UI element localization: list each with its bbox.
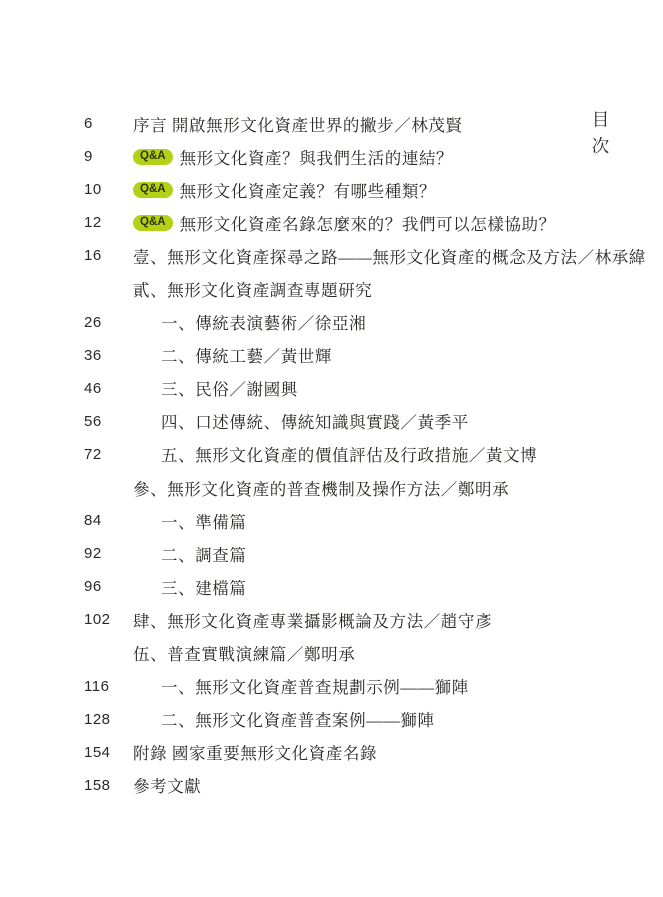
toc-entry: 二、無形文化資產普查案例——獅陣	[133, 707, 435, 731]
toc-list: 6序言 開啟無形文化資產世界的撇步／林茂賢9Q&A無形文化資產？與我們生活的連結…	[84, 107, 604, 802]
toc-row: 72五、無形文化資產的價值評估及行政措施／黃文博	[84, 438, 604, 471]
toc-row: 36二、傳統工藝／黃世輝	[84, 339, 604, 372]
toc-page-number: 92	[84, 545, 133, 562]
toc-entry: 貳、無形文化資產調查專題研究	[133, 277, 372, 301]
toc-entry: Q&A無形文化資產名錄怎麼來的？我們可以怎樣協助？	[133, 211, 556, 235]
toc-entry: 伍、普查實戰演練篇／鄭明承	[133, 641, 355, 665]
toc-title: 伍、普查實戰演練篇／鄭明承	[133, 641, 355, 665]
toc-title: 四、口述傳統、傳統知識與實踐／黃季平	[161, 409, 469, 433]
toc-page-number: 16	[84, 247, 133, 264]
toc-entry: 一、無形文化資產普查規劃示例——獅陣	[133, 674, 469, 698]
qa-badge: Q&A	[133, 215, 173, 231]
toc-page-number: 36	[84, 347, 133, 364]
toc-page-number: 46	[84, 380, 133, 397]
toc-page-number: 10	[84, 181, 133, 198]
toc-page-number: 154	[84, 744, 133, 761]
toc-entry: 參、無形文化資產的普查機制及操作方法／鄭明承	[133, 476, 509, 500]
toc-title: 無形文化資產？與我們生活的連結？	[180, 145, 454, 169]
toc-title: 參、無形文化資產的普查機制及操作方法／鄭明承	[133, 476, 509, 500]
toc-entry: 參考文獻	[133, 773, 201, 797]
toc-row: 9Q&A無形文化資產？與我們生活的連結？	[84, 140, 604, 173]
toc-page-number: 128	[84, 711, 133, 728]
toc-title: 三、民俗／謝國興	[161, 376, 298, 400]
toc-entry: 二、調查篇	[133, 542, 247, 566]
toc-entry: 肆、無形文化資產專業攝影概論及方法／趙守彥	[133, 608, 492, 632]
toc-title: 附錄 國家重要無形文化資產名錄	[133, 740, 377, 764]
toc-title: 三、建檔篇	[161, 575, 247, 599]
toc-row: 16壹、無形文化資產探尋之路——無形文化資產的概念及方法／林承緯	[84, 239, 604, 272]
book-toc-page: 目次 6序言 開啟無形文化資產世界的撇步／林茂賢9Q&A無形文化資產？與我們生活…	[0, 0, 663, 897]
toc-row: 128二、無形文化資產普查案例——獅陣	[84, 703, 604, 736]
toc-row: 伍、普查實戰演練篇／鄭明承	[84, 637, 604, 670]
toc-row: 參、無形文化資產的普查機制及操作方法／鄭明承	[84, 471, 604, 504]
toc-entry: Q&A無形文化資產？與我們生活的連結？	[133, 145, 453, 169]
toc-row: 26一、傳統表演藝術／徐亞湘	[84, 306, 604, 339]
toc-title: 二、無形文化資產普查案例——獅陣	[161, 707, 435, 731]
toc-page-number: 12	[84, 214, 133, 231]
toc-entry: 四、口述傳統、傳統知識與實踐／黃季平	[133, 409, 469, 433]
toc-entry: 序言 開啟無形文化資產世界的撇步／林茂賢	[133, 112, 463, 136]
toc-row: 84一、準備篇	[84, 504, 604, 537]
qa-badge: Q&A	[133, 149, 173, 165]
toc-entry: 三、民俗／謝國興	[133, 376, 298, 400]
toc-title: 貳、無形文化資產調查專題研究	[133, 277, 372, 301]
toc-entry: 一、傳統表演藝術／徐亞湘	[133, 310, 366, 334]
toc-title: 肆、無形文化資產專業攝影概論及方法／趙守彥	[133, 608, 492, 632]
qa-badge: Q&A	[133, 182, 173, 198]
toc-row: 116一、無形文化資產普查規劃示例——獅陣	[84, 670, 604, 703]
toc-row: 92二、調查篇	[84, 537, 604, 570]
toc-title: 無形文化資產定義？有哪些種類？	[180, 178, 437, 202]
toc-row: 154附錄 國家重要無形文化資產名錄	[84, 736, 604, 769]
toc-title: 一、準備篇	[161, 509, 247, 533]
toc-row: 46三、民俗／謝國興	[84, 372, 604, 405]
toc-page-number: 102	[84, 611, 133, 628]
toc-row: 12Q&A無形文化資產名錄怎麼來的？我們可以怎樣協助？	[84, 206, 604, 239]
toc-page-number: 116	[84, 678, 133, 695]
toc-entry: 附錄 國家重要無形文化資產名錄	[133, 740, 377, 764]
toc-page-number: 56	[84, 413, 133, 430]
toc-row: 102肆、無形文化資產專業攝影概論及方法／趙守彥	[84, 603, 604, 636]
toc-entry: 三、建檔篇	[133, 575, 247, 599]
toc-page-number: 72	[84, 446, 133, 463]
toc-page-number: 158	[84, 777, 133, 794]
toc-entry: 二、傳統工藝／黃世輝	[133, 343, 332, 367]
toc-row: 貳、無形文化資產調查專題研究	[84, 272, 604, 305]
toc-entry: 一、準備篇	[133, 509, 247, 533]
toc-page-number: 9	[84, 148, 133, 165]
toc-entry: 壹、無形文化資產探尋之路——無形文化資產的概念及方法／林承緯	[133, 244, 646, 268]
toc-page-number: 26	[84, 314, 133, 331]
toc-title: 壹、無形文化資產探尋之路——無形文化資產的概念及方法／林承緯	[133, 244, 646, 268]
toc-title: 一、無形文化資產普查規劃示例——獅陣	[161, 674, 469, 698]
toc-page-number: 6	[84, 115, 133, 132]
toc-title: 參考文獻	[133, 773, 201, 797]
toc-entry: Q&A無形文化資產定義？有哪些種類？	[133, 178, 436, 202]
toc-row: 96三、建檔篇	[84, 570, 604, 603]
toc-entry: 五、無形文化資產的價值評估及行政措施／黃文博	[133, 442, 537, 466]
toc-row: 158參考文獻	[84, 769, 604, 802]
toc-title: 二、調查篇	[161, 542, 247, 566]
toc-row: 56四、口述傳統、傳統知識與實踐／黃季平	[84, 405, 604, 438]
toc-page-number: 84	[84, 512, 133, 529]
toc-title: 五、無形文化資產的價值評估及行政措施／黃文博	[161, 442, 537, 466]
toc-title: 序言 開啟無形文化資產世界的撇步／林茂賢	[133, 112, 463, 136]
toc-title: 二、傳統工藝／黃世輝	[161, 343, 332, 367]
toc-row: 6序言 開啟無形文化資產世界的撇步／林茂賢	[84, 107, 604, 140]
toc-row: 10Q&A無形文化資產定義？有哪些種類？	[84, 173, 604, 206]
toc-page-number: 96	[84, 578, 133, 595]
toc-title: 一、傳統表演藝術／徐亞湘	[161, 310, 366, 334]
toc-title: 無形文化資產名錄怎麼來的？我們可以怎樣協助？	[180, 211, 556, 235]
